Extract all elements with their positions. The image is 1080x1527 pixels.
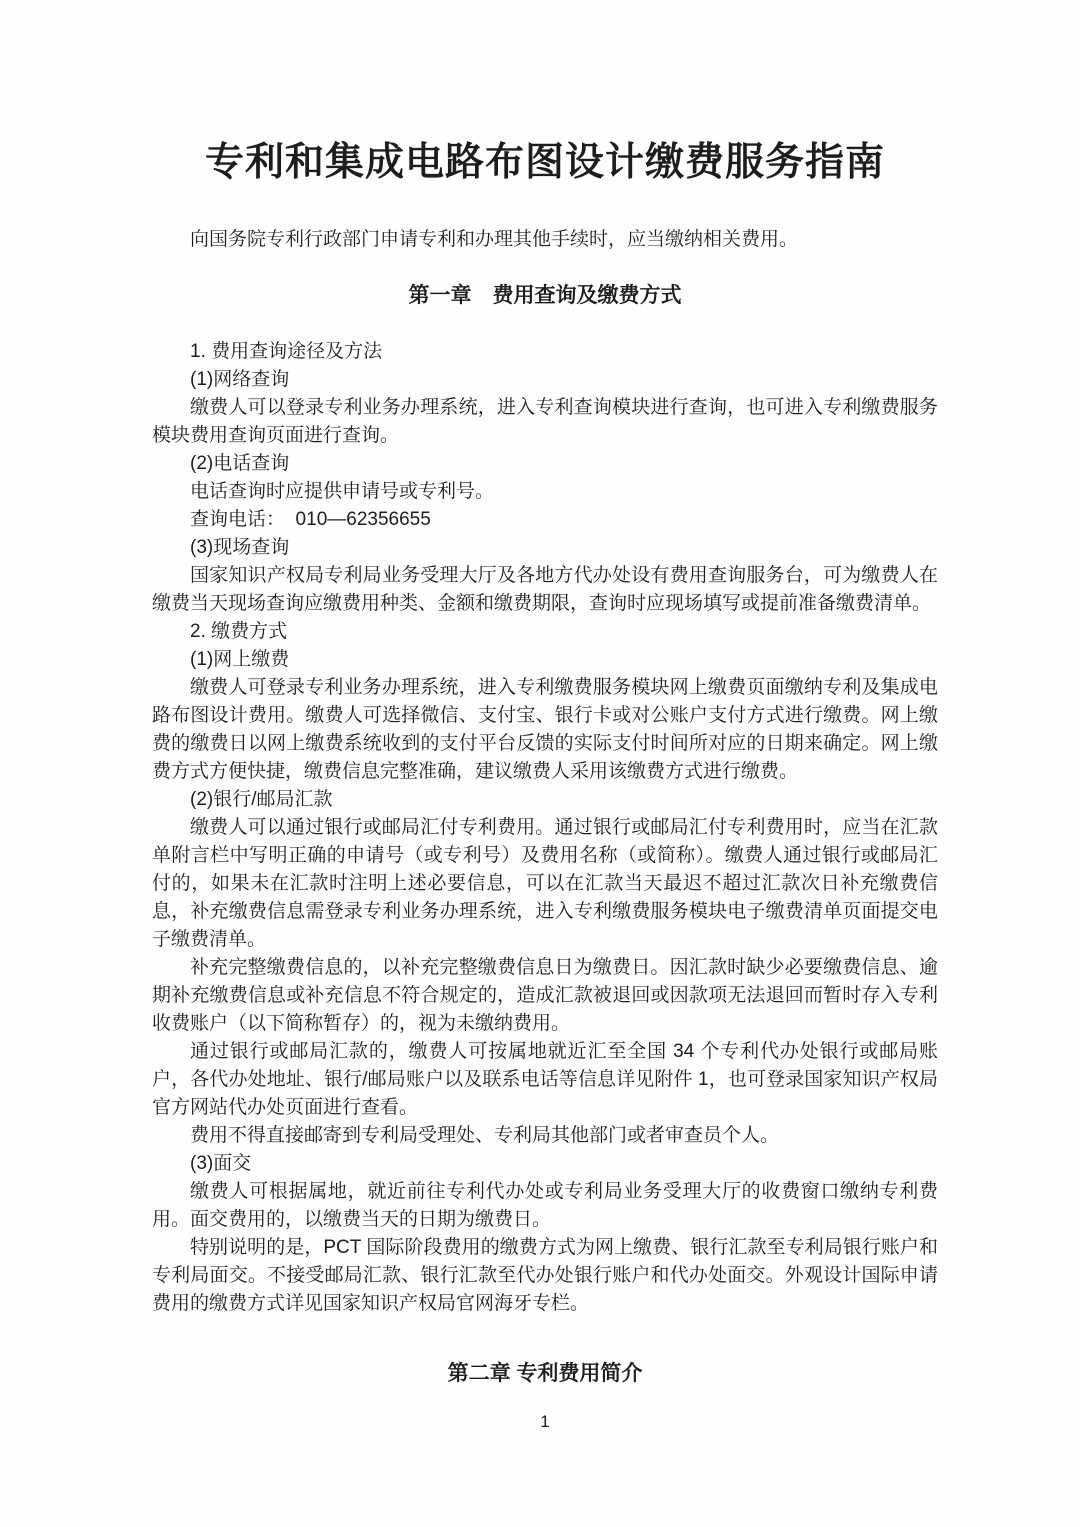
subsection-label: (3)现场查询 — [152, 534, 938, 562]
subsection-label: (2)电话查询 — [152, 450, 938, 478]
doc-paragraph: 国家知识产权局专利局业务受理大厅及各地方代办处设有费用查询服务台，可为缴费人在缴… — [152, 562, 938, 618]
doc-paragraph: 电话查询时应提供申请号或专利号。 — [152, 478, 938, 506]
doc-paragraph: 特别说明的是，PCT 国际阶段费用的缴费方式为网上缴费、银行汇款至专利局银行账户… — [152, 1234, 938, 1318]
subsection-label: (1)网上缴费 — [152, 646, 938, 674]
doc-paragraph: 缴费人可以登录专利业务办理系统，进入专利查询模块进行查询，也可进入专利缴费服务模… — [152, 394, 938, 450]
doc-paragraph: 缴费人可登录专利业务办理系统，进入专利缴费服务模块网上缴费页面缴纳专利及集成电路… — [152, 674, 938, 786]
doc-paragraph: 费用不得直接邮寄到专利局受理处、专利局其他部门或者审查员个人。 — [152, 1122, 938, 1150]
document-page: 专利和集成电路布图设计缴费服务指南 向国务院专利行政部门申请专利和办理其他手续时… — [0, 0, 1080, 1527]
subsection-label: (3)面交 — [152, 1150, 938, 1178]
section-heading: 2. 缴费方式 — [152, 618, 938, 646]
section-heading: 1. 费用查询途径及方法 — [152, 338, 938, 366]
document-title: 专利和集成电路布图设计缴费服务指南 — [152, 137, 938, 189]
doc-paragraph: 通过银行或邮局汇款的，缴费人可按属地就近汇至全国 34 个专利代办处银行或邮局账… — [152, 1038, 938, 1122]
doc-paragraph: 查询电话： 010—62356655 — [152, 506, 938, 534]
chapter2-heading: 第二章 专利费用简介 — [152, 1360, 938, 1388]
doc-paragraph: 缴费人可以通过银行或邮局汇付专利费用。通过银行或邮局汇付专利费用时，应当在汇款单… — [152, 814, 938, 954]
page-number: 1 — [152, 1409, 938, 1435]
doc-paragraph: 补充完整缴费信息的，以补充完整缴费信息日为缴费日。因汇款时缺少必要缴费信息、逾期… — [152, 954, 938, 1038]
chapter1-heading: 第一章 费用查询及缴费方式 — [152, 282, 938, 310]
subsection-label: (2)银行/邮局汇款 — [152, 786, 938, 814]
subsection-label: (1)网络查询 — [152, 366, 938, 394]
intro-paragraph: 向国务院专利行政部门申请专利和办理其他手续时，应当缴纳相关费用。 — [152, 226, 938, 254]
doc-paragraph: 缴费人可根据属地，就近前往专利代办处或专利局业务受理大厅的收费窗口缴纳专利费用。… — [152, 1178, 938, 1234]
chapter1-body: 1. 费用查询途径及方法(1)网络查询缴费人可以登录专利业务办理系统，进入专利查… — [152, 338, 938, 1318]
